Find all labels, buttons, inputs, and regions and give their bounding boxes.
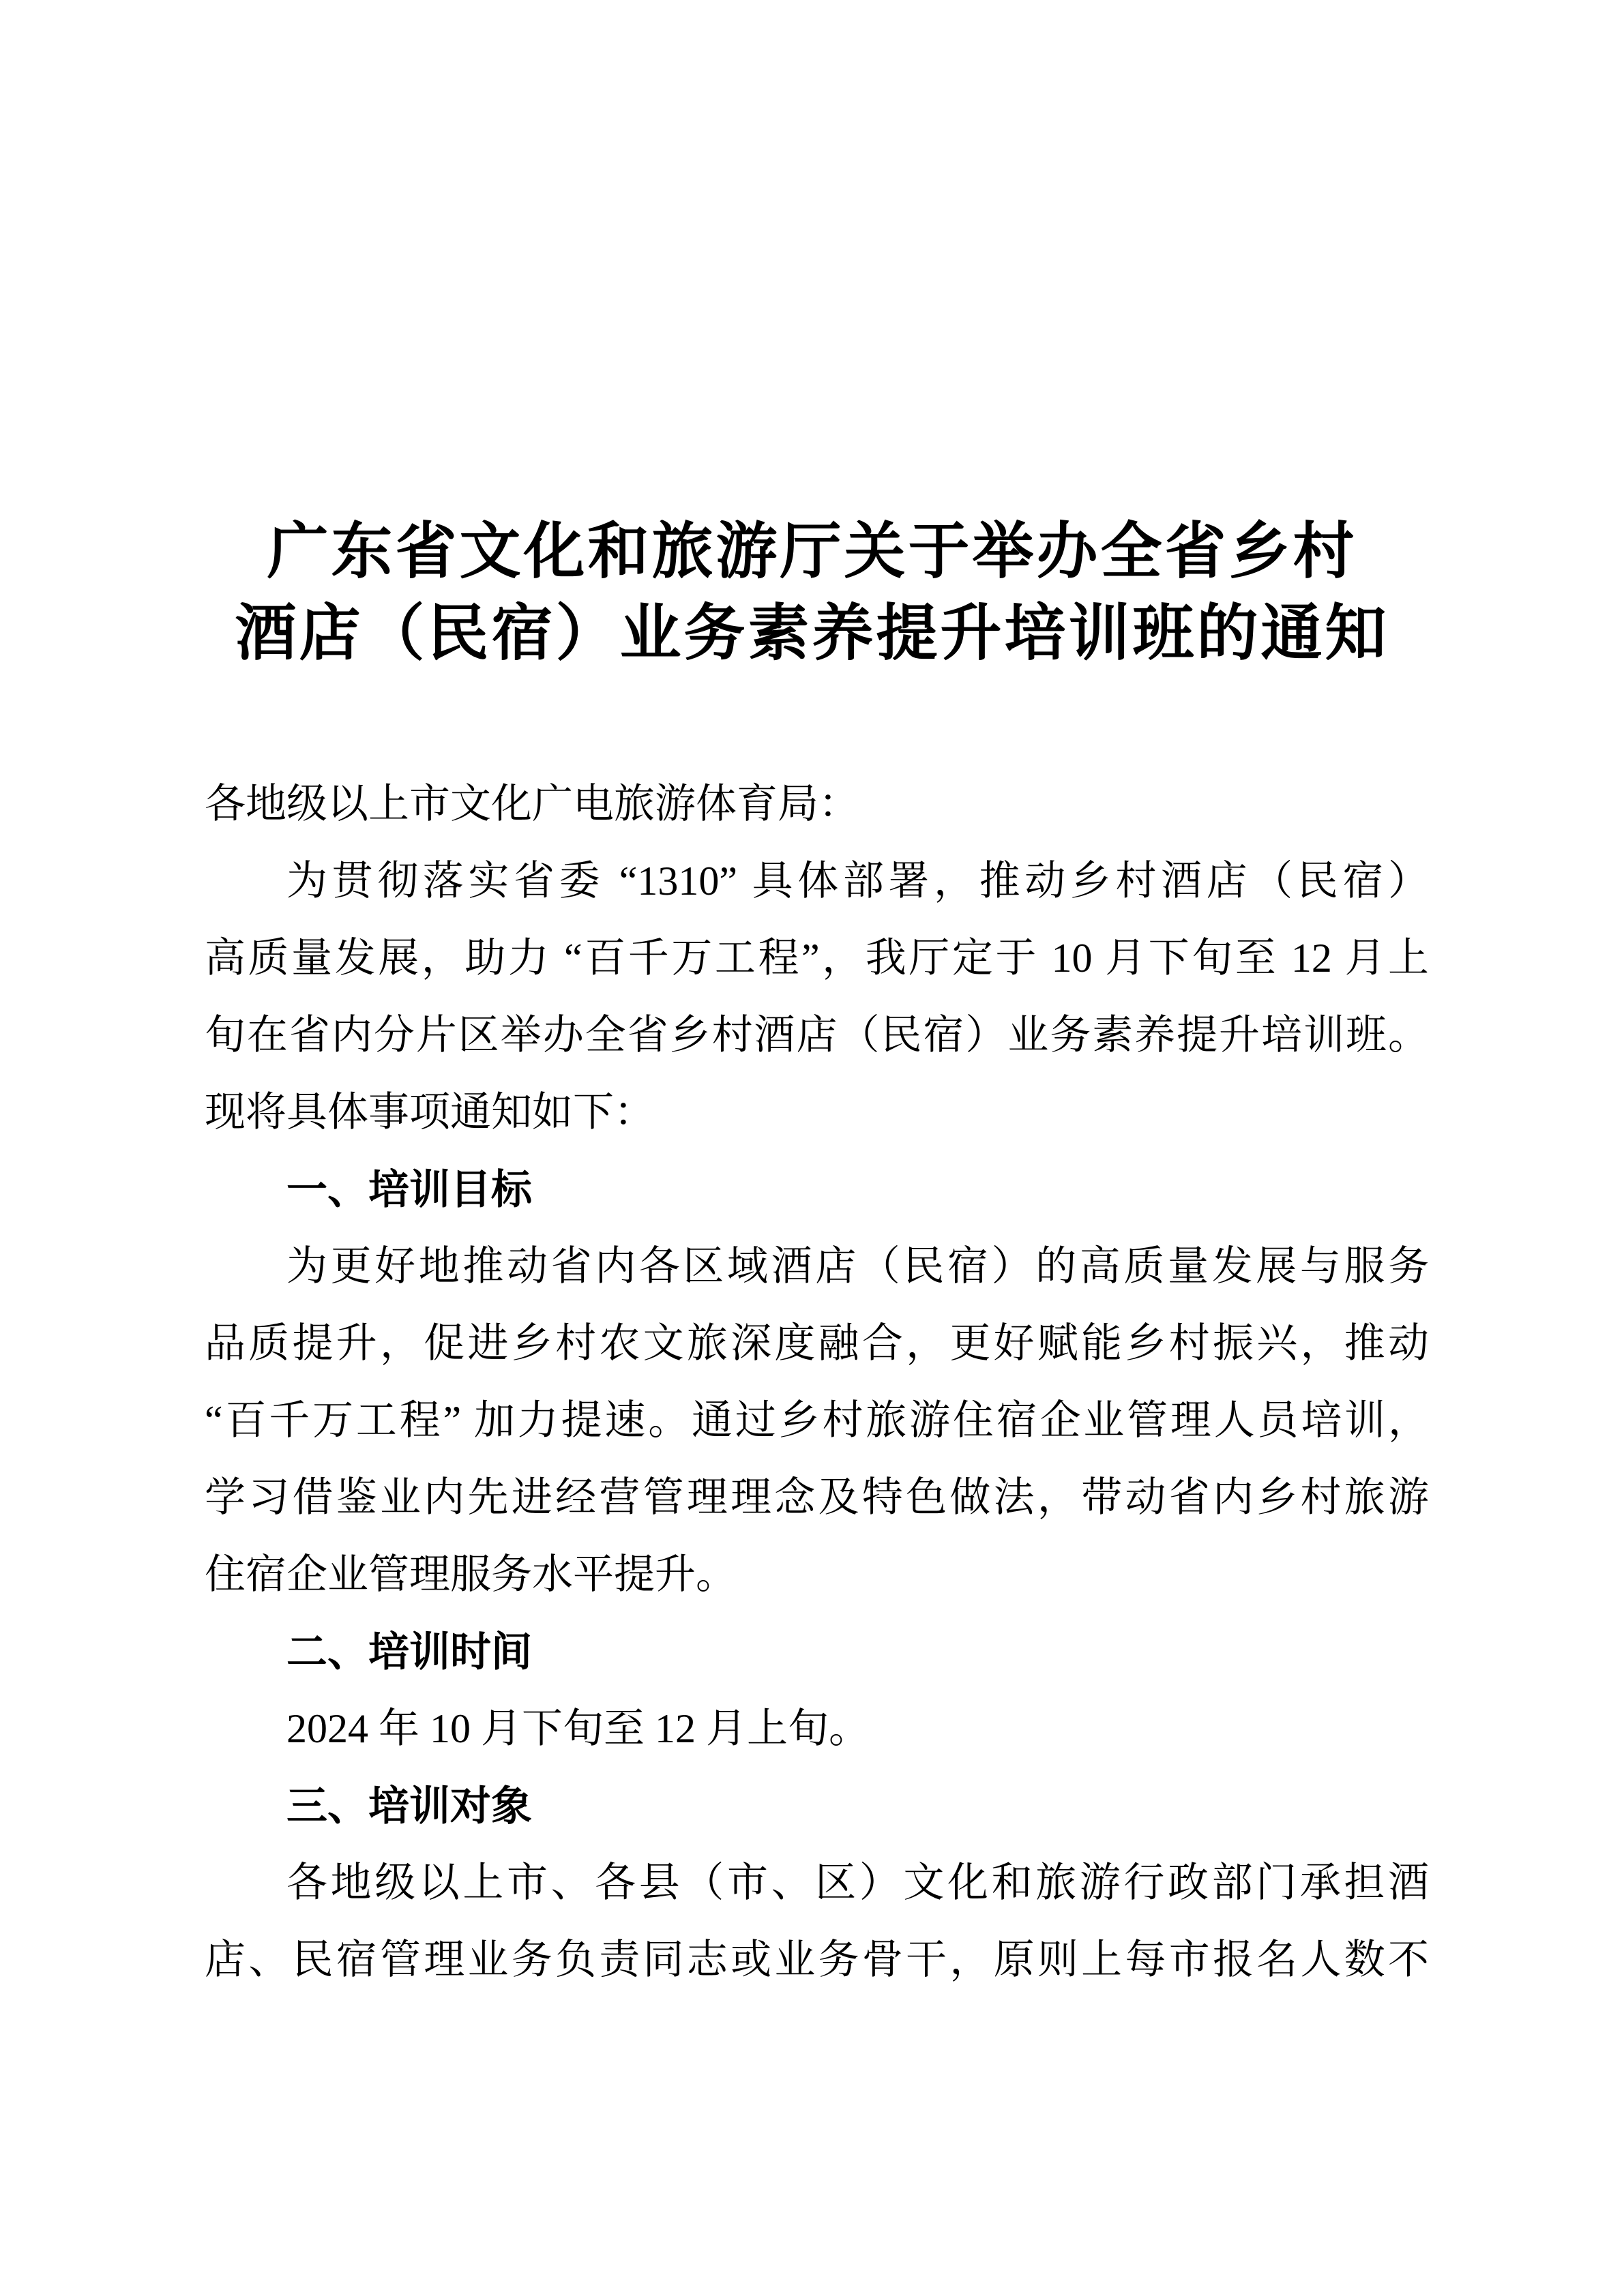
- body-line: 住宿企业管理服务水平提升。: [205, 1536, 1429, 1613]
- body-line: 各地级以上市、各县（市、区）文化和旅游行政部门承担酒: [205, 1845, 1429, 1922]
- body-line: 各地级以上市文化广电旅游体育局：: [205, 766, 1429, 843]
- section-heading: 一、培训目标: [205, 1151, 1429, 1228]
- document-title-line-2: 酒店（民宿）业务素养提升培训班的通知: [0, 593, 1624, 675]
- body-line: 高质量发展，助力 “百千万工程”，我厅定于 10 月下旬至 12 月上: [205, 920, 1429, 997]
- body-lines: 各地级以上市文化广电旅游体育局：为贯彻落实省委 “1310” 具体部署，推动乡村…: [205, 766, 1429, 1999]
- body-line: 2024 年 10 月下旬至 12 月上旬。: [205, 1690, 1429, 1768]
- body-line: 为贯彻落实省委 “1310” 具体部署，推动乡村酒店（民宿）: [205, 843, 1429, 920]
- body-line: 现将具体事项通知如下：: [205, 1074, 1429, 1151]
- section-heading: 二、培训时间: [205, 1613, 1429, 1690]
- document-page: 广东省文化和旅游厅关于举办全省乡村 酒店（民宿）业务素养提升培训班的通知 各地级…: [0, 0, 1624, 2296]
- body-line: 学习借鉴业内先进经营管理理念及特色做法，带动省内乡村旅游: [205, 1459, 1429, 1536]
- body-line: “百千万工程” 加力提速。通过乡村旅游住宿企业管理人员培训，: [205, 1382, 1429, 1459]
- document-title: 广东省文化和旅游厅关于举办全省乡村 酒店（民宿）业务素养提升培训班的通知: [0, 0, 1624, 675]
- body-line: 品质提升，促进乡村农文旅深度融合，更好赋能乡村振兴，推动: [205, 1305, 1429, 1382]
- body-line: 店、民宿管理业务负责同志或业务骨干，原则上每市报名人数不: [205, 1922, 1429, 1999]
- body-line: 旬在省内分片区举办全省乡村酒店（民宿）业务素养提升培训班。: [205, 997, 1429, 1074]
- document-title-line-1: 广东省文化和旅游厅关于举办全省乡村: [0, 511, 1624, 593]
- section-heading: 三、培训对象: [205, 1768, 1429, 1845]
- body-line: 为更好地推动省内各区域酒店（民宿）的高质量发展与服务: [205, 1228, 1429, 1305]
